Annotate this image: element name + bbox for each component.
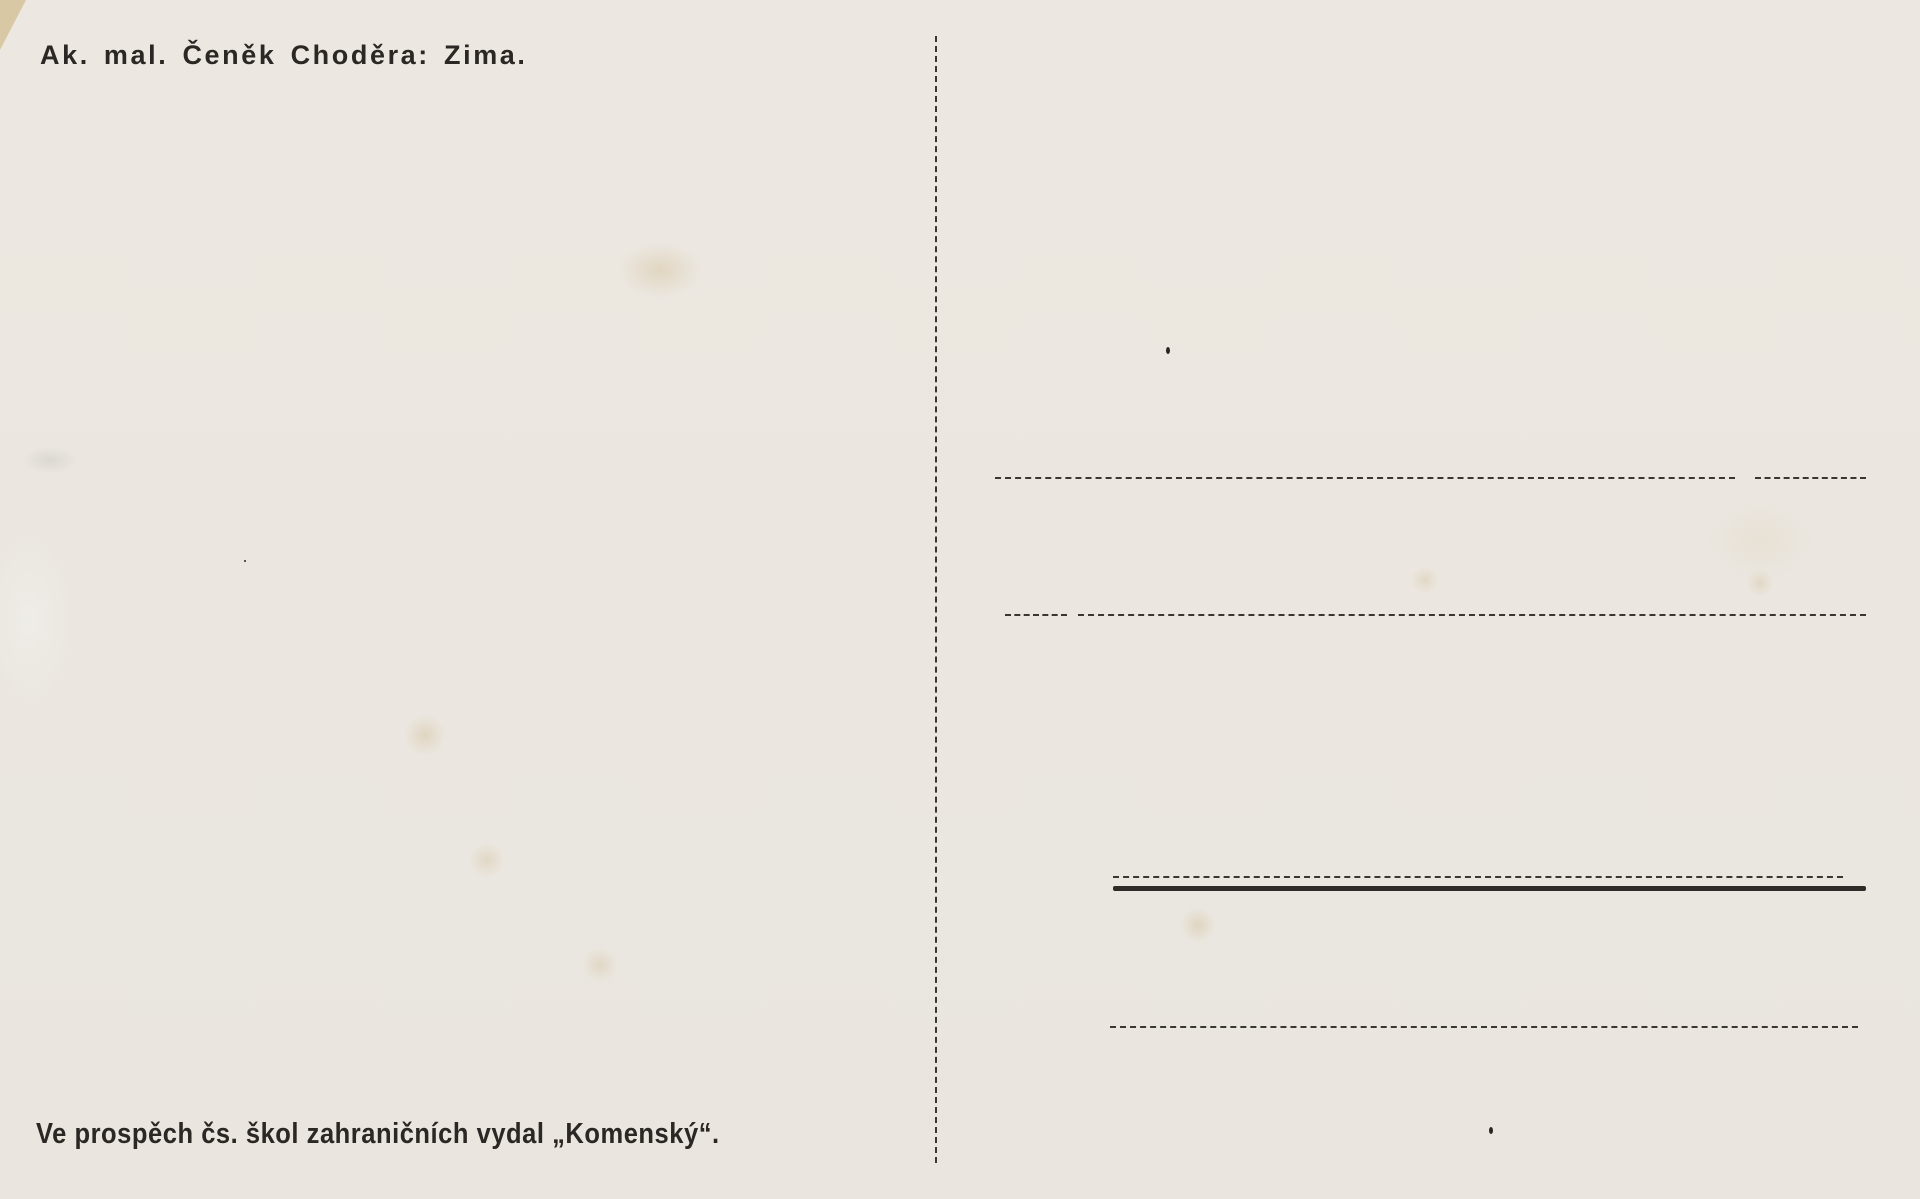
address-underline-solid (1113, 886, 1866, 891)
address-line-2 (1078, 614, 1866, 616)
address-line-1-end (1755, 477, 1866, 479)
artwork-caption: Ak. mal. Čeněk Choděra: Zima. (40, 40, 528, 71)
ink-speck (1489, 1127, 1493, 1134)
ink-speck (1166, 347, 1170, 354)
ink-speck (244, 560, 246, 562)
address-line-4 (1110, 1026, 1858, 1028)
postcard-back (0, 0, 1920, 1199)
publisher-caption: Ve prospěch čs. škol zahraničních vydal … (36, 1118, 720, 1151)
address-line-2-start (1005, 614, 1067, 616)
address-line-1 (995, 477, 1735, 479)
message-address-divider (935, 36, 937, 1163)
address-line-3 (1113, 876, 1843, 878)
